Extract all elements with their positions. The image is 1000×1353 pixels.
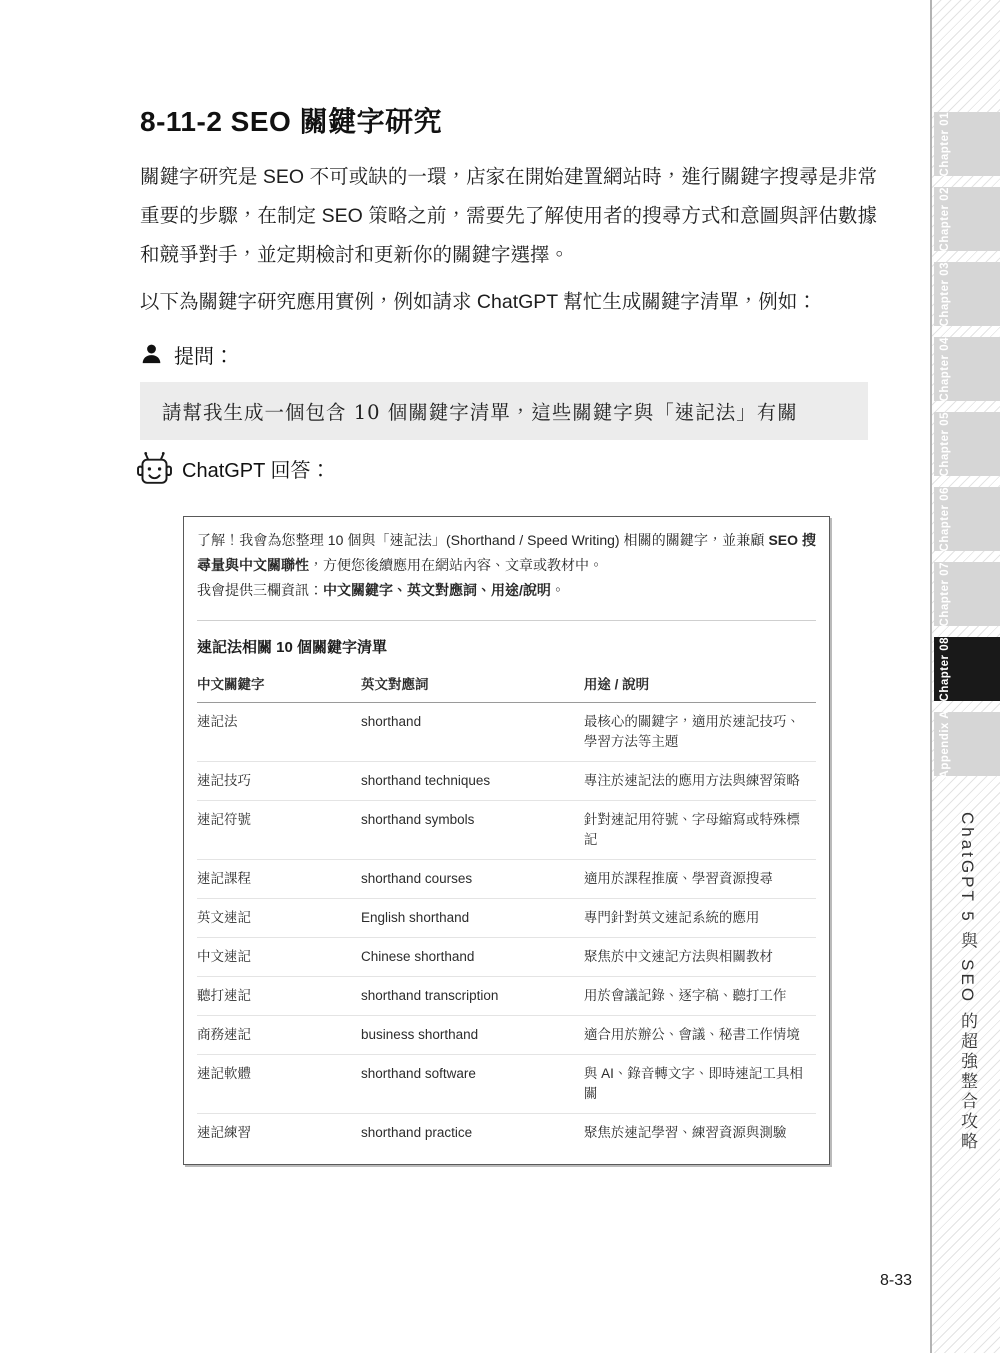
chapter-tab-label: Chapter 03	[939, 262, 951, 326]
cell-usage-description: 與 AI、錄音轉文字、即時速記工具相關	[584, 1055, 816, 1114]
chapter-tab-chapter-02: Chapter 02	[934, 187, 1000, 251]
table-row: 中文速記Chinese shorthand聚焦於中文速記方法與相關教材	[197, 938, 816, 977]
chapter-tab-label: Chapter 05	[939, 412, 951, 476]
table-row: 速記技巧shorthand techniques專注於速記法的應用方法與練習策略	[197, 762, 816, 801]
page-number: 8-33	[820, 1272, 912, 1290]
cell-english-term: shorthand courses	[361, 860, 584, 899]
cell-usage-description: 聚焦於速記學習、練習資源與測驗	[584, 1114, 816, 1153]
example-paragraph: 以下為關鍵字研究應用實例，例如請求 ChatGPT 幫忙生成關鍵字清單，例如：	[140, 283, 877, 322]
chapter-sidebar: Chapter 01Chapter 02Chapter 03Chapter 04…	[930, 0, 1000, 1353]
intro-paragraph: 關鍵字研究是 SEO 不可或缺的一環，店家在開始建置網站時，進行關鍵字搜尋是非常…	[140, 158, 877, 275]
header-english-term: 英文對應詞	[361, 668, 584, 703]
chapter-tab-chapter-04: Chapter 04	[934, 337, 1000, 401]
cell-chinese-keyword: 速記練習	[197, 1114, 361, 1153]
chapter-tab-chapter-03: Chapter 03	[934, 262, 1000, 326]
prompt-quote: 請幫我生成一個包含 10 個關鍵字清單，這些關鍵字與「速記法」有關	[140, 382, 868, 440]
robot-icon	[136, 450, 173, 487]
chapter-tab-chapter-07: Chapter 07	[934, 562, 1000, 626]
chapter-tab-chapter-05: Chapter 05	[934, 412, 1000, 476]
table-row: 速記練習shorthand practice聚焦於速記學習、練習資源與測驗	[197, 1114, 816, 1153]
table-row: 英文速記English shorthand專門針對英文速記系統的應用	[197, 899, 816, 938]
cell-chinese-keyword: 中文速記	[197, 938, 361, 977]
cell-usage-description: 適用於課程推廣、學習資源搜尋	[584, 860, 816, 899]
cell-usage-description: 最核心的關鍵字，適用於速記技巧、學習方法等主題	[584, 703, 816, 762]
book-title-vertical: ChatGPT 5 與 SEO 的超強整合攻略	[955, 812, 980, 1152]
cell-usage-description: 聚焦於中文速記方法與相關教材	[584, 938, 816, 977]
header-usage-description: 用途 / 說明	[584, 668, 816, 703]
ask-label: 提問：	[174, 340, 234, 369]
cell-usage-description: 適合用於辦公、會議、秘書工作情境	[584, 1016, 816, 1055]
chapter-tab-label: Chapter 02	[939, 187, 951, 251]
table-row: 速記軟體shorthand software與 AI、錄音轉文字、即時速記工具相…	[197, 1055, 816, 1114]
header-chinese-keyword: 中文關鍵字	[197, 668, 361, 703]
cell-english-term: shorthand software	[361, 1055, 584, 1114]
table-row: 聽打速記shorthand transcription用於會議記錄、逐字稿、聽打…	[197, 977, 816, 1016]
chapter-tab-label: Chapter 04	[939, 337, 951, 401]
cell-english-term: shorthand techniques	[361, 762, 584, 801]
table-header-row: 中文關鍵字 英文對應詞 用途 / 說明	[197, 668, 816, 703]
cell-usage-description: 專注於速記法的應用方法與練習策略	[584, 762, 816, 801]
answer-heading: ChatGPT 回答：	[136, 450, 331, 487]
person-icon	[140, 343, 163, 366]
cell-chinese-keyword: 速記法	[197, 703, 361, 762]
cell-english-term: shorthand	[361, 703, 584, 762]
cell-english-term: Chinese shorthand	[361, 938, 584, 977]
table-row: 商務速記business shorthand適合用於辦公、會議、秘書工作情境	[197, 1016, 816, 1055]
answer-label: ChatGPT 回答：	[182, 454, 331, 483]
chapter-tab-label: Chapter 07	[939, 562, 951, 626]
cell-english-term: shorthand practice	[361, 1114, 584, 1153]
table-row: 速記法shorthand最核心的關鍵字，適用於速記技巧、學習方法等主題	[197, 703, 816, 762]
keyword-table: 中文關鍵字 英文對應詞 用途 / 說明 速記法shorthand最核心的關鍵字，…	[197, 668, 816, 1152]
cell-usage-description: 用於會議記錄、逐字稿、聽打工作	[584, 977, 816, 1016]
cell-usage-description: 專門針對英文速記系統的應用	[584, 899, 816, 938]
table-row: 速記符號shorthand symbols針對速記用符號、字母縮寫或特殊標記	[197, 801, 816, 860]
chapter-tab-label: Appendix A	[939, 710, 951, 778]
ask-heading: 提問：	[140, 340, 234, 369]
chapter-tab-label: Chapter 06	[939, 487, 951, 551]
cell-english-term: English shorthand	[361, 899, 584, 938]
cell-chinese-keyword: 速記符號	[197, 801, 361, 860]
chapter-tab-chapter-08: Chapter 08	[934, 637, 1000, 701]
cell-chinese-keyword: 速記課程	[197, 860, 361, 899]
chapter-tab-chapter-06: Chapter 06	[934, 487, 1000, 551]
cell-english-term: business shorthand	[361, 1016, 584, 1055]
cell-chinese-keyword: 商務速記	[197, 1016, 361, 1055]
answer-intro-line: 我會提供三欄資訊：中文關鍵字、英文對應詞、用途/說明。	[197, 578, 816, 603]
chapter-tab-label: Chapter 01	[939, 112, 951, 176]
answer-intro: 了解！我會為您整理 10 個與「速記法」(Shorthand / Speed W…	[197, 528, 816, 603]
section-title: 8-11-2 SEO 關鍵字研究	[140, 100, 442, 140]
cell-chinese-keyword: 速記技巧	[197, 762, 361, 801]
cell-chinese-keyword: 速記軟體	[197, 1055, 361, 1114]
keyword-list-title: 速記法相關 10 個關鍵字清單	[197, 636, 816, 657]
chapter-tab-chapter-01: Chapter 01	[934, 112, 1000, 176]
chatgpt-answer-box: 了解！我會為您整理 10 個與「速記法」(Shorthand / Speed W…	[183, 516, 830, 1165]
cell-chinese-keyword: 英文速記	[197, 899, 361, 938]
answer-intro-line: 了解！我會為您整理 10 個與「速記法」(Shorthand / Speed W…	[197, 528, 816, 578]
chapter-tabs: Chapter 01Chapter 02Chapter 03Chapter 04…	[934, 112, 1000, 776]
table-row: 速記課程shorthand courses適用於課程推廣、學習資源搜尋	[197, 860, 816, 899]
chapter-tab-label: Chapter 08	[939, 637, 951, 701]
cell-english-term: shorthand symbols	[361, 801, 584, 860]
cell-usage-description: 針對速記用符號、字母縮寫或特殊標記	[584, 801, 816, 860]
cell-chinese-keyword: 聽打速記	[197, 977, 361, 1016]
chapter-tab-appendix-a: Appendix A	[934, 712, 1000, 776]
answer-divider	[197, 620, 816, 621]
cell-english-term: shorthand transcription	[361, 977, 584, 1016]
